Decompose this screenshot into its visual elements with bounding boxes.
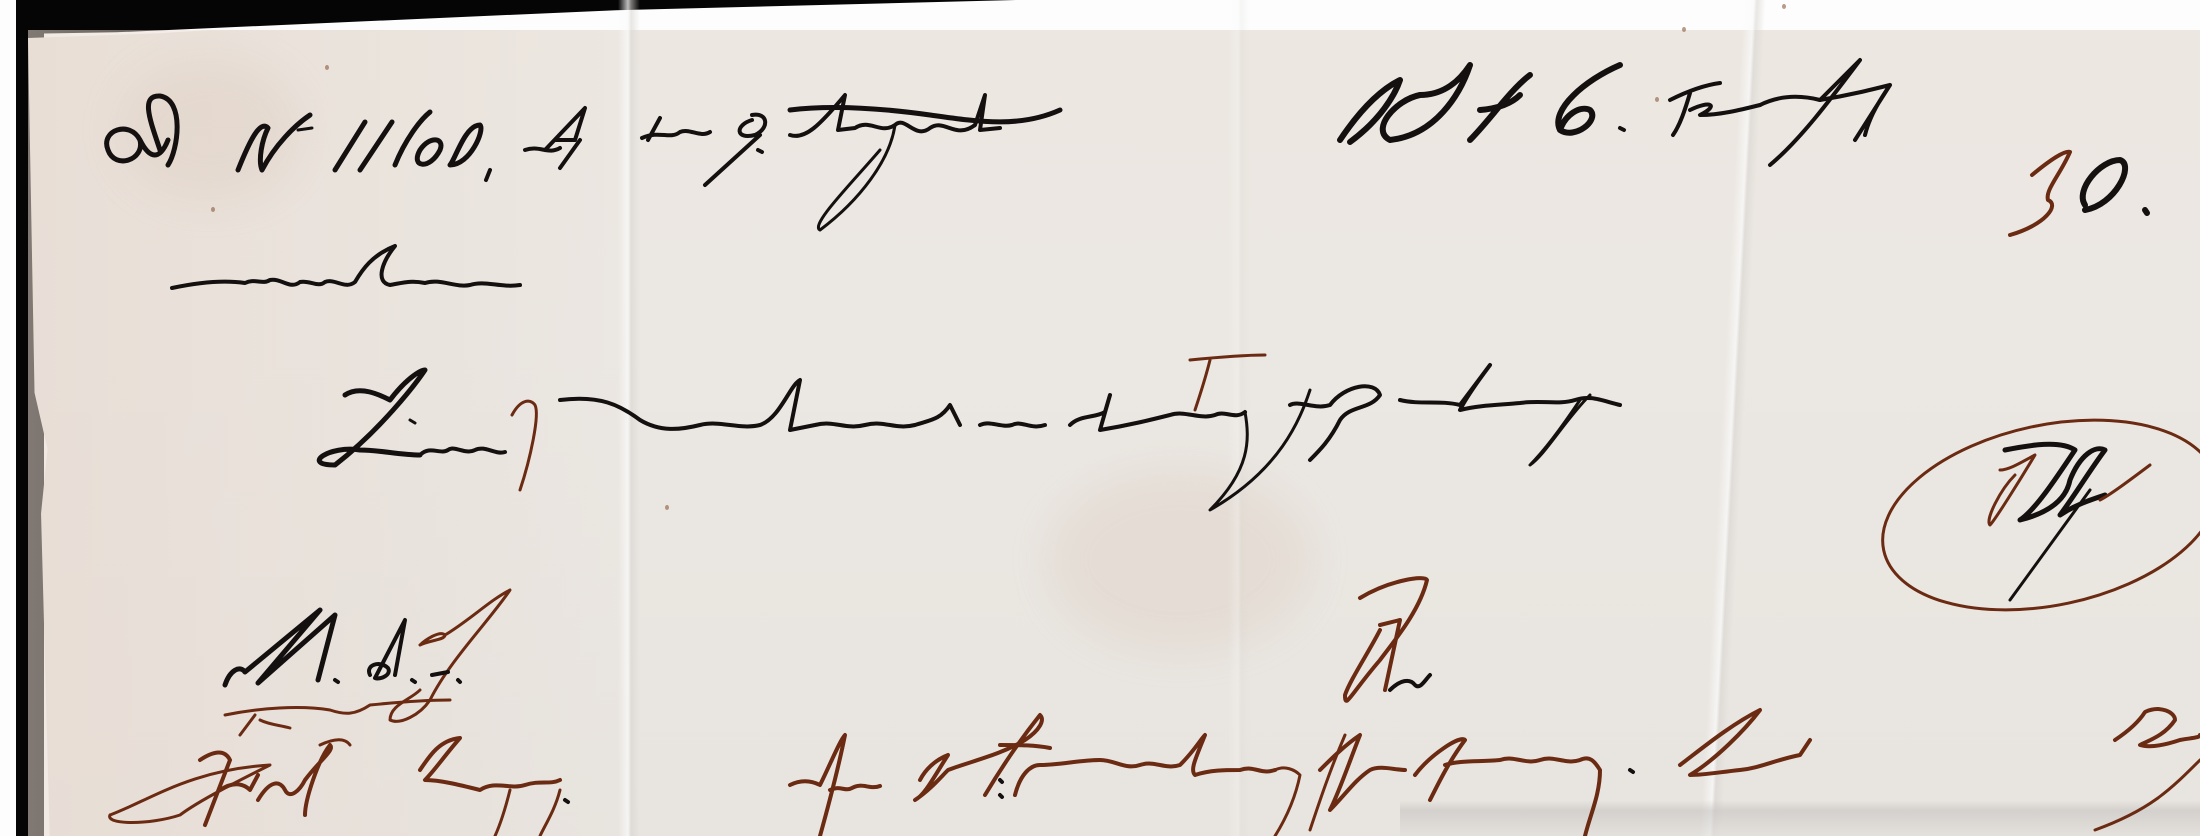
paraph-oval: [1865, 392, 2200, 639]
handwriting-kurl-evang: [110, 738, 568, 836]
handwriting-line-5b: [790, 709, 2200, 836]
handwriting-mdj: [225, 590, 510, 735]
handwriting-an: [1345, 578, 1430, 701]
handwriting-line-1: [107, 95, 1060, 230]
handwriting-date-and-beschluss: [1340, 60, 1890, 165]
handwriting-werden: [172, 246, 520, 288]
page-number-30: [2010, 152, 2147, 235]
handwriting-layer: [0, 0, 2200, 836]
handwriting-line-3: [319, 355, 1620, 510]
